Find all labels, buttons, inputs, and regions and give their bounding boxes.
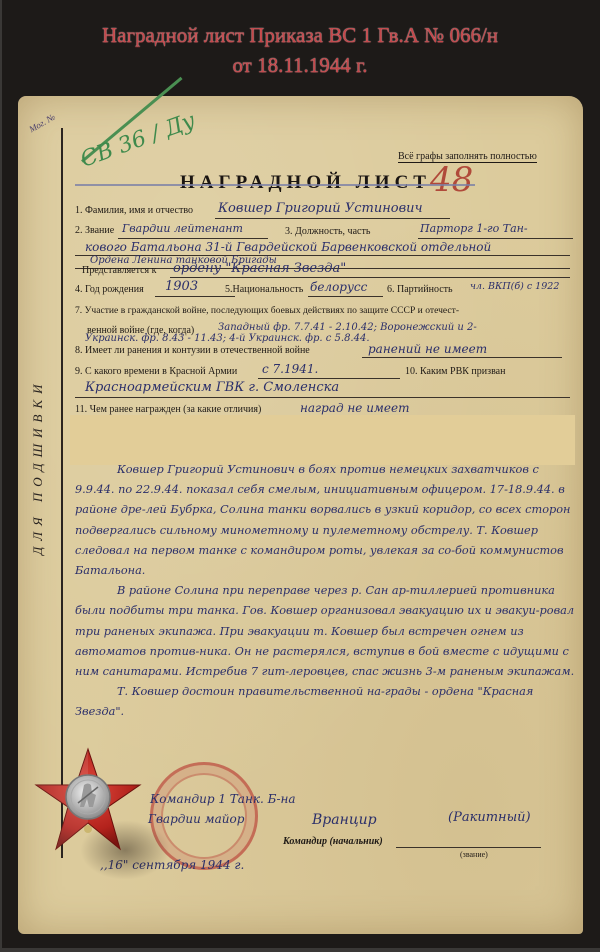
field-5-value: белорусс <box>310 280 367 294</box>
field-8-value: ранений не имеет <box>368 342 487 356</box>
field-2-value: Гвардии лейтенант <box>122 222 243 235</box>
signature: Вранцир <box>312 812 377 828</box>
field-2-underline <box>118 238 268 239</box>
redacted-blank-area <box>70 415 575 465</box>
commander-underline <box>396 847 541 848</box>
field-4-value: 1903 <box>165 279 198 294</box>
commander-label: Командир (начальник) <box>283 836 383 847</box>
red-star-medal-icon <box>32 745 144 857</box>
field-11-value: наград не имеет <box>300 401 409 415</box>
field-8-label: 8. Имеет ли ранения и контузии в отечест… <box>75 345 310 356</box>
field-9-label: 9. С какого времени в Красной Армии <box>75 366 237 377</box>
field-10-value: Красноармейским ГВК г. Смоленска <box>85 380 339 395</box>
field-6-label: 6. Партийность <box>387 284 453 295</box>
page-title: Наградной лист Приказа ВС 1 Гв.А № 066/н… <box>0 20 600 80</box>
faded-overprint <box>172 156 422 162</box>
citation-paragraph-1: Ковшер Григорий Устинович в боях против … <box>75 460 575 581</box>
rank-label: (звание) <box>460 850 488 859</box>
field-4-underline <box>155 296 235 297</box>
field-1-value: Ковшер Григорий Устинович <box>218 201 423 216</box>
field-2-label: 2. Звание <box>75 225 114 236</box>
field-1-underline <box>215 218 450 219</box>
nominated-underline <box>170 277 570 278</box>
fill-instruction: Всё графы заполнять полностью <box>398 151 537 163</box>
document-title: НАГРАДНОЙ ЛИСТ <box>180 172 431 194</box>
field-10-underline <box>75 397 570 398</box>
field-9-value: с 7.1941. <box>262 362 318 376</box>
field-5-label: 5.Национальность <box>225 284 303 295</box>
field-3-underline-a <box>418 238 573 239</box>
citation-narrative: Ковшер Григорий Устинович в боях против … <box>75 460 575 723</box>
nominated-label: Представляется к <box>82 265 157 276</box>
bottom-frame-line <box>0 948 600 952</box>
nominated-value: ордену "Красная Звезда" <box>173 261 346 276</box>
signoff-line-1: Командир 1 Танк. Б-на <box>150 792 296 806</box>
field-7-label-a: 7. Участие в гражданской войне, последую… <box>75 305 459 316</box>
field-1-label: 1. Фамилия, имя и отчество <box>75 205 193 216</box>
field-7-value-a: Западный фр. 7.7.41 - 2.10.42; Воронежск… <box>218 322 477 333</box>
field-4-label: 4. Год рождения <box>75 284 144 295</box>
strike-through-line <box>75 184 475 186</box>
field-11-label: 11. Чем ранее награжден (за какие отличи… <box>75 404 261 415</box>
field-10-label: 10. Каким РВК призван <box>405 366 505 377</box>
field-8-underline <box>362 357 562 358</box>
field-3-value-a: Парторг 1-го Тан- <box>420 222 528 235</box>
field-3-value-b: кового Батальона 31-й Гвардейской Барвен… <box>85 240 491 254</box>
field-7-value-b: Украинск. фр. 8.43 - 11.43; 4-й Украинск… <box>85 333 370 344</box>
signer-name: (Ракитный) <box>448 810 531 825</box>
signoff-line-2: Гвардии майор <box>148 812 244 826</box>
field-9-underline <box>258 378 400 379</box>
title-line-2: от 18.11.1944 г. <box>0 50 600 80</box>
field-6-value: чл. ВКП(б) с 1922 <box>470 281 559 292</box>
field-5-underline <box>308 296 383 297</box>
citation-paragraph-3: Т. Ковшер достоин правительственной на-г… <box>75 682 575 722</box>
citation-paragraph-2: В районе Солина при переправе через р. С… <box>75 581 575 682</box>
binding-label: ДЛЯ ПОДШИВКИ <box>30 378 46 555</box>
title-line-1: Наградной лист Приказа ВС 1 Гв.А № 066/н <box>0 20 600 50</box>
left-frame-line <box>0 0 2 952</box>
red-pencil-mark: 48 <box>430 160 473 200</box>
field-3-label: 3. Должность, часть <box>285 226 370 237</box>
